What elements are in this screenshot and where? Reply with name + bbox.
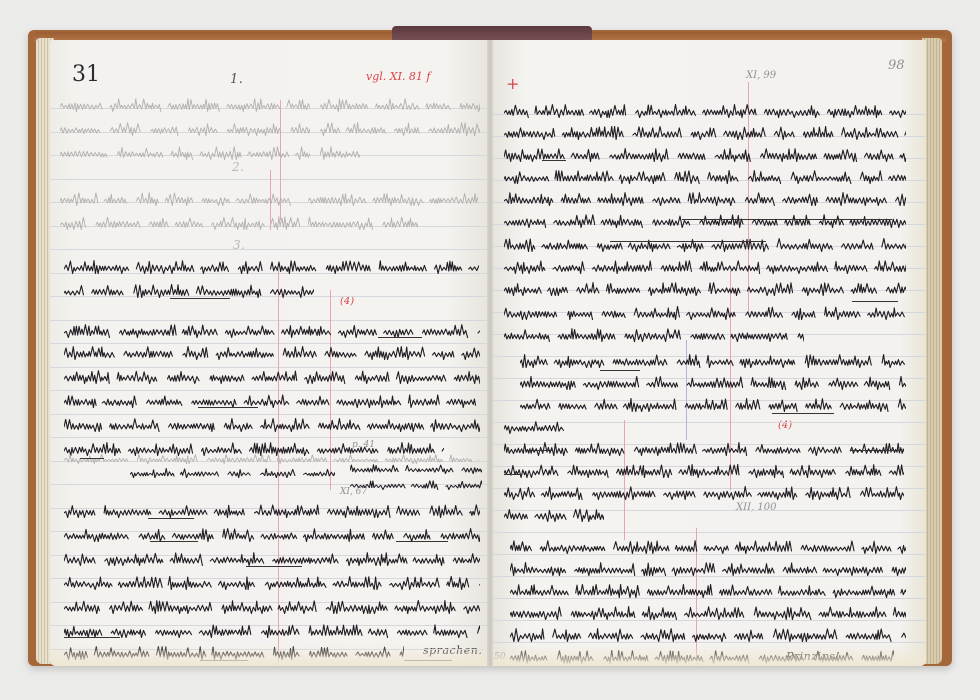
handwriting-line [64, 394, 480, 408]
underline-mark [396, 541, 448, 542]
underline-mark [852, 301, 898, 302]
faded-handwriting-line [60, 98, 310, 112]
section-marker-2: 2. [232, 160, 244, 174]
ruled-line [490, 554, 926, 555]
underline-mark [200, 660, 248, 661]
handwriting-line [64, 284, 314, 298]
ruled-line [490, 576, 926, 577]
handwriting-line [510, 650, 894, 664]
underline-mark [64, 637, 120, 638]
handwriting-line [510, 628, 906, 642]
ruled-line [50, 437, 490, 438]
handwriting-line [64, 600, 480, 614]
handwriting-line [64, 324, 480, 338]
faded-handwriting-line [308, 216, 418, 230]
book-gutter [487, 40, 493, 666]
faded-handwriting-line [60, 146, 310, 160]
left-page: 31 1. vgl. XI. 81 f 2. 3. (4) p. 41 XI, … [50, 40, 490, 666]
handwriting-line [504, 126, 906, 140]
handwriting-line [504, 214, 906, 228]
section-marker-1: 1. [230, 72, 243, 87]
handwriting-line [64, 346, 480, 360]
handwriting-line [504, 104, 906, 118]
right-page-number: 98 [888, 58, 905, 73]
ruled-line [50, 320, 490, 321]
left-page-final-word: sprachen. [423, 644, 482, 657]
handwriting-line [350, 480, 482, 490]
red-marginal-mark: (4) [340, 296, 354, 307]
handwriting-line [504, 260, 906, 274]
faded-handwriting-line [320, 146, 360, 160]
underline-mark [526, 450, 552, 451]
faded-handwriting-line [60, 216, 300, 230]
handwriting-line [504, 306, 906, 320]
handwriting-line [64, 528, 480, 542]
handwriting-line [504, 282, 906, 296]
underline-mark [150, 541, 198, 542]
underline-mark [148, 518, 194, 519]
gray-ref-xi-99: XI, 99 [746, 70, 776, 81]
underline-mark [772, 413, 834, 414]
underline-mark [682, 219, 892, 220]
handwriting-line [510, 562, 906, 576]
handwriting-line [350, 464, 482, 474]
handwriting-line [504, 508, 604, 522]
ruled-line [490, 642, 926, 643]
ruled-line [50, 343, 490, 344]
handwriting-line [520, 398, 906, 412]
handwriting-line [510, 584, 906, 598]
ruled-line [50, 249, 490, 250]
handwriting-line [504, 192, 906, 206]
faded-handwriting-line [320, 122, 480, 136]
handwriting-line [64, 646, 404, 660]
handwriting-line [504, 328, 804, 342]
handwriting-line [504, 420, 564, 434]
underline-mark [198, 407, 258, 408]
handwriting-line [520, 354, 906, 368]
underline-mark [246, 566, 302, 567]
faded-handwriting-line [308, 192, 478, 206]
underline-mark [850, 450, 902, 451]
underline-mark [404, 660, 452, 661]
handwriting-line [64, 576, 480, 590]
underline-mark [600, 370, 640, 371]
left-page-number: 31 [72, 62, 100, 87]
ruled-line [50, 414, 490, 415]
ruled-line [490, 532, 926, 533]
faded-handwriting-line [60, 192, 300, 206]
underline-mark [170, 298, 230, 299]
ruled-line [490, 620, 926, 621]
margin-rule [624, 420, 625, 540]
handwriting-line [520, 376, 906, 390]
ruled-line [50, 390, 490, 391]
handwriting-line [504, 170, 906, 184]
right-page: 98 XI, 99 + (4) XII, 100 50 Prinzips! [490, 40, 926, 666]
underline-mark [542, 160, 566, 161]
underline-mark [504, 474, 522, 475]
ruled-line [50, 367, 490, 368]
handwriting-line [504, 486, 904, 500]
red-cross-mark: + [506, 74, 519, 93]
handwriting-line [64, 552, 480, 566]
underline-mark [378, 337, 422, 338]
ruled-line [50, 649, 490, 650]
handwriting-line [64, 418, 480, 432]
handwriting-line [64, 370, 480, 384]
gray-ref-xii-100: XII, 100 [736, 502, 776, 513]
faded-handwriting-line [60, 122, 310, 136]
handwriting-line [64, 624, 480, 638]
pencil-number-bottom: 50 [494, 652, 505, 662]
handwriting-line [510, 606, 906, 620]
faded-handwriting-line [64, 454, 479, 464]
handwriting-line [64, 260, 479, 274]
handwriting-line [510, 540, 906, 554]
right-page-final-word: Prinzips! [786, 650, 840, 663]
red-annotation-top: vgl. XI. 81 f [366, 70, 431, 83]
handwriting-line [504, 464, 904, 478]
handwriting-line [130, 468, 335, 478]
ruled-line [490, 598, 926, 599]
faded-handwriting-line [320, 98, 480, 112]
handwriting-line [64, 504, 480, 518]
underline-mark [80, 458, 104, 459]
underline-mark [610, 241, 766, 242]
handwriting-line [504, 442, 904, 456]
